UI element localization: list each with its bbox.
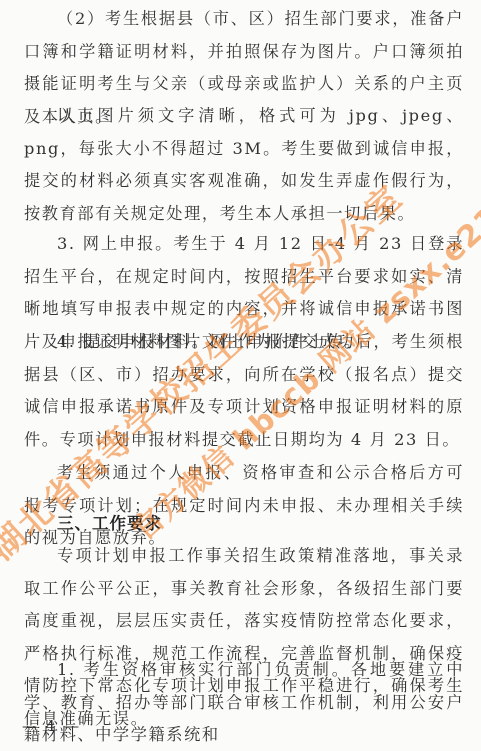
paragraph-submit-materials: 4. 提交申报材料。网上申报提交成功后，考生须根据县（区、市）招办要求，向所在学…	[24, 326, 464, 456]
document-page: （2）考生根据县（市、区）招生部门要求，准备户口簿和学籍证明材料，并拍照保存为图…	[0, 0, 481, 751]
paragraph-image-requirements: 以上图片须文字清晰，格式可为 jpg、jpeg、png，每张大小不得超过 3M。…	[24, 100, 464, 230]
page-number: — 4 —	[22, 717, 81, 735]
paragraph-review-responsibility: 1. 考生资格审核实行部门负责制。各地要建立中学、教育、招办等部门联合审核工作机…	[24, 654, 464, 751]
section-heading: 三、工作要求	[57, 508, 162, 540]
